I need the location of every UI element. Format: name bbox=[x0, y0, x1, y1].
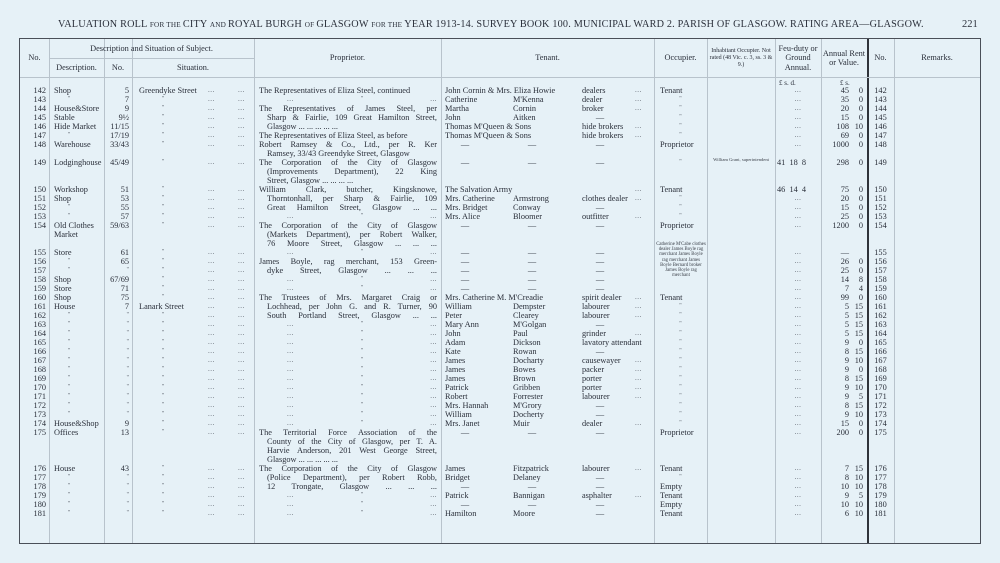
row-number: 154 bbox=[20, 221, 46, 230]
title-part: VALUATION ROLL bbox=[58, 19, 150, 30]
proprietor-line: ..."... bbox=[259, 491, 437, 500]
row-number: 167 bbox=[20, 356, 46, 365]
row-number: 148 bbox=[20, 140, 46, 149]
annual-shillings: 5 bbox=[850, 392, 863, 401]
proprietor-line: ..."... bbox=[259, 320, 437, 329]
leader-dots: ... bbox=[238, 464, 245, 473]
title-part: FOR THE bbox=[150, 21, 183, 29]
description: " bbox=[54, 383, 84, 392]
description: " bbox=[54, 374, 84, 383]
annual-shillings: 0 bbox=[850, 158, 863, 167]
proprietor-line: ..."... bbox=[259, 284, 437, 293]
street-number: " bbox=[104, 482, 129, 491]
row-number-right: 159 bbox=[867, 284, 894, 293]
annual-shillings: 15 bbox=[850, 329, 863, 338]
col-header-no: No. bbox=[20, 39, 49, 77]
situation: " bbox=[132, 248, 194, 257]
valuation-table: No. Description and Situation of Subject… bbox=[19, 38, 981, 544]
proprietor-line: ..."... bbox=[259, 419, 437, 428]
row-number-right: 172 bbox=[867, 401, 894, 410]
street-number: " bbox=[104, 509, 129, 518]
street-number: 13 bbox=[104, 428, 129, 437]
annual-pounds: 1200 bbox=[821, 221, 849, 230]
tenant-occupation: asphalter bbox=[582, 491, 672, 500]
tenant-surname: Bannigan bbox=[513, 491, 593, 500]
tenant-occupation: — bbox=[580, 500, 620, 509]
tenant-occupation: — bbox=[580, 410, 620, 419]
situation: " bbox=[132, 113, 194, 122]
leader-dots: ... bbox=[238, 122, 245, 131]
street-number: " bbox=[104, 329, 129, 338]
proprietor-line: (Markets Department), per Robert Walker, bbox=[259, 230, 437, 239]
street-number: " bbox=[104, 338, 129, 347]
situation: " bbox=[132, 266, 194, 275]
tenant-occupation: spirit dealer bbox=[582, 293, 672, 302]
street-number: 57 bbox=[104, 212, 129, 221]
table-row: Market bbox=[20, 230, 980, 239]
tenant-first-name: The Salvation Army bbox=[445, 185, 645, 194]
occupier: " bbox=[654, 158, 707, 167]
col-header-inhabitant-occupier: Inhabitant Occupier. Not rated (48 Vic. … bbox=[709, 39, 773, 77]
occupier: " bbox=[654, 392, 707, 401]
feu-duty: ... bbox=[785, 284, 811, 293]
leader-dots: ... bbox=[208, 140, 215, 149]
row-number-right: 157 bbox=[867, 266, 894, 275]
tenant-surname: Bowes bbox=[513, 365, 593, 374]
situation: " bbox=[132, 203, 194, 212]
description: " bbox=[54, 500, 84, 509]
situation: " bbox=[132, 491, 194, 500]
leader-dots: ... bbox=[208, 158, 215, 167]
situation: " bbox=[132, 365, 194, 374]
leader-dots: ... bbox=[208, 392, 215, 401]
row-number: 180 bbox=[20, 500, 46, 509]
table-row: 165"""......AdamDicksonlavatory attendan… bbox=[20, 338, 980, 347]
situation: " bbox=[132, 212, 194, 221]
situation: " bbox=[132, 500, 194, 509]
leader-dots: ... bbox=[635, 95, 642, 104]
feu-duty: ... bbox=[785, 293, 811, 302]
leader-dots: ... bbox=[208, 320, 215, 329]
occupier: " bbox=[654, 473, 707, 482]
tenant-surname: Cornin bbox=[513, 104, 593, 113]
description: " bbox=[54, 311, 84, 320]
tenant-first-name: — bbox=[445, 266, 485, 275]
table-row: 152"55"......Mrs. BridgetConway—"...1501… bbox=[20, 203, 980, 212]
description: " bbox=[54, 482, 84, 491]
leader-dots: ... bbox=[635, 194, 642, 203]
row-number-right: 156 bbox=[867, 257, 894, 266]
row-number-right: 176 bbox=[867, 464, 894, 473]
leader-dots: ... bbox=[208, 509, 215, 518]
row-number-right: 143 bbox=[867, 95, 894, 104]
leader-dots: ... bbox=[238, 356, 245, 365]
proprietor-line: Thorntonhall, per Sharp & Fairlie, 109 bbox=[259, 194, 437, 203]
leader-dots: ... bbox=[635, 419, 642, 428]
annual-shillings: 10 bbox=[850, 410, 863, 419]
title-part: CITY bbox=[183, 19, 210, 30]
occupier: " bbox=[654, 401, 707, 410]
annual-pounds: 108 bbox=[821, 122, 849, 131]
table-row: 160Shop75"......Mrs. Catherine M. M'Crea… bbox=[20, 293, 980, 302]
street-number: " bbox=[104, 311, 129, 320]
row-number-right: 145 bbox=[867, 113, 894, 122]
leader-dots: ... bbox=[238, 221, 245, 230]
tenant-first-name: — bbox=[445, 275, 485, 284]
description: " bbox=[54, 365, 84, 374]
occupier: " bbox=[654, 122, 707, 131]
tenant-surname: — bbox=[512, 275, 552, 284]
street-number: " bbox=[104, 410, 129, 419]
occupier: " bbox=[654, 419, 707, 428]
leader-dots: ... bbox=[238, 410, 245, 419]
occupier: Proprietor bbox=[660, 428, 710, 437]
annual-pounds: 298 bbox=[821, 158, 849, 167]
situation: " bbox=[132, 464, 194, 473]
annual-pounds: 9 bbox=[821, 410, 849, 419]
tenant-first-name: — bbox=[445, 221, 485, 230]
street-number: 53 bbox=[104, 194, 129, 203]
leader-dots: ... bbox=[635, 302, 642, 311]
page-title: VALUATION ROLL FOR THE CITY AND ROYAL BU… bbox=[58, 19, 980, 30]
row-number-right: 166 bbox=[867, 347, 894, 356]
row-number-right: 146 bbox=[867, 122, 894, 131]
row-number-right: 154 bbox=[867, 221, 894, 230]
feu-duty: ... bbox=[785, 347, 811, 356]
proprietor-line: 12 Trongate, Glasgow ... ... ... bbox=[259, 482, 437, 491]
annual-pounds: 14 bbox=[821, 275, 849, 284]
leader-dots: ... bbox=[208, 86, 215, 95]
leader-dots: ... bbox=[238, 500, 245, 509]
row-number: 162 bbox=[20, 311, 46, 320]
occupier: Tenant bbox=[660, 185, 710, 194]
col-header-number: No. bbox=[104, 58, 132, 77]
table-row: 181"""......HamiltonMoore—Tenant...61018… bbox=[20, 509, 980, 518]
annual-shillings: 10 bbox=[850, 509, 863, 518]
description: " bbox=[54, 491, 84, 500]
leader-dots: ... bbox=[238, 302, 245, 311]
leader-dots: ... bbox=[635, 491, 642, 500]
annual-shillings: 0 bbox=[850, 212, 863, 221]
leader-dots: ... bbox=[238, 203, 245, 212]
row-number: 161 bbox=[20, 302, 46, 311]
feu-duty: ... bbox=[785, 419, 811, 428]
row-number-right: 158 bbox=[867, 275, 894, 284]
proprietor-line: ..."... bbox=[259, 275, 437, 284]
proprietor-line: dyke Street, Glasgow ... ... ... bbox=[259, 266, 437, 275]
street-number: 55 bbox=[104, 203, 129, 212]
tenant-surname: Docharty bbox=[513, 356, 593, 365]
row-number: 159 bbox=[20, 284, 46, 293]
tenant-surname: Fitzpatrick bbox=[513, 464, 593, 473]
row-number: 163 bbox=[20, 320, 46, 329]
annual-pounds: 6 bbox=[821, 509, 849, 518]
annual-pounds: 8 bbox=[821, 347, 849, 356]
row-number-right: 173 bbox=[867, 410, 894, 419]
street-number: 65 bbox=[104, 257, 129, 266]
annual-pounds: 5 bbox=[821, 320, 849, 329]
tenant-occupation: — bbox=[580, 266, 620, 275]
proprietor-line: The Representatives of James Steel, per bbox=[259, 104, 437, 113]
col-header-feu-duty: Feu-duty or Ground Annual. bbox=[775, 39, 821, 77]
street-number: 61 bbox=[104, 248, 129, 257]
table-row: 178"""......———Empty...1010178 bbox=[20, 482, 980, 491]
row-number: 155 bbox=[20, 248, 46, 257]
leader-dots: ... bbox=[208, 302, 215, 311]
table-row: 149Lodginghouse45/49"......———"William G… bbox=[20, 158, 980, 167]
feu-duty: ... bbox=[785, 482, 811, 491]
annual-pounds: 9 bbox=[821, 392, 849, 401]
occupier: " bbox=[654, 374, 707, 383]
annual-pounds: 35 bbox=[821, 95, 849, 104]
row-number-right: 169 bbox=[867, 374, 894, 383]
annual-shillings: 0 bbox=[850, 104, 863, 113]
row-number: 147 bbox=[20, 131, 46, 140]
leader-dots: ... bbox=[238, 473, 245, 482]
situation: " bbox=[132, 284, 194, 293]
row-number-right: 144 bbox=[867, 104, 894, 113]
tenant-occupation: — bbox=[580, 140, 620, 149]
situation: " bbox=[132, 419, 194, 428]
tenant-surname: — bbox=[512, 257, 552, 266]
proprietor-line: ..."... bbox=[259, 365, 437, 374]
street-number: " bbox=[104, 473, 129, 482]
tenant-occupation: — bbox=[580, 221, 620, 230]
proprietor-line: 76 Moore Street, Glasgow ... ... ... bbox=[259, 239, 437, 248]
proprietor-line: Street, Glasgow ... ... ... ... bbox=[259, 176, 437, 185]
leader-dots: ... bbox=[635, 464, 642, 473]
street-number: " bbox=[104, 320, 129, 329]
situation: " bbox=[132, 104, 194, 113]
table-row: 174House&Shop9"......Mrs. JanetMuirdeale… bbox=[20, 419, 980, 428]
leader-dots: ... bbox=[238, 419, 245, 428]
feu-duty: ... bbox=[785, 95, 811, 104]
occupier: " bbox=[654, 95, 707, 104]
street-number: 67/69 bbox=[104, 275, 129, 284]
row-number: 149 bbox=[20, 158, 46, 167]
street-number: 75 bbox=[104, 293, 129, 302]
annual-pounds: 9 bbox=[821, 491, 849, 500]
row-number-right: 179 bbox=[867, 491, 894, 500]
proprietor-line: ..."... bbox=[259, 347, 437, 356]
row-number: 174 bbox=[20, 419, 46, 428]
occupier: Empty bbox=[660, 500, 710, 509]
tenant-occupation: dealers bbox=[582, 86, 672, 95]
leader-dots: ... bbox=[238, 374, 245, 383]
feu-duty: ... bbox=[785, 311, 811, 320]
leader-dots: ... bbox=[208, 275, 215, 284]
leader-dots: ... bbox=[238, 212, 245, 221]
col-header-annual-rent: Annual Rent or Value. bbox=[821, 39, 867, 77]
leader-dots: ... bbox=[238, 284, 245, 293]
tenant-surname: Bloomer bbox=[513, 212, 593, 221]
situation: " bbox=[132, 122, 194, 131]
leader-dots: ... bbox=[635, 293, 642, 302]
proprietor-line: Ramsey, 33/43 Greendyke Street, Glasgow bbox=[259, 149, 437, 158]
occupier: Tenant bbox=[660, 86, 710, 95]
situation: " bbox=[132, 257, 194, 266]
leader-dots: ... bbox=[238, 95, 245, 104]
table-row: 161House7Lanark Street......WilliamDemps… bbox=[20, 302, 980, 311]
leader-dots: ... bbox=[635, 383, 642, 392]
occupier: Proprietor bbox=[660, 140, 710, 149]
tenant-surname: — bbox=[512, 500, 552, 509]
leader-dots: ... bbox=[238, 185, 245, 194]
situation: " bbox=[132, 356, 194, 365]
feu-duty: ... bbox=[785, 266, 811, 275]
feu-duty: ... bbox=[785, 113, 811, 122]
leader-dots: ... bbox=[238, 401, 245, 410]
situation: " bbox=[132, 509, 194, 518]
annual-pounds: 8 bbox=[821, 374, 849, 383]
leader-dots: ... bbox=[208, 203, 215, 212]
street-number: 43 bbox=[104, 464, 129, 473]
tenant-surname: — bbox=[512, 158, 552, 167]
situation: " bbox=[132, 275, 194, 284]
situation: " bbox=[132, 338, 194, 347]
feu-duty: ... bbox=[785, 509, 811, 518]
description: " bbox=[54, 95, 84, 104]
annual-pounds: 75 bbox=[821, 185, 849, 194]
col-header-tenant: Tenant. bbox=[441, 39, 654, 77]
leader-dots: ... bbox=[208, 122, 215, 131]
annual-pounds: 69 bbox=[821, 131, 849, 140]
table-row: 154Old Clothes59/63"......———Proprietor.… bbox=[20, 221, 980, 230]
annual-pounds: 15 bbox=[821, 113, 849, 122]
occupier: " bbox=[654, 365, 707, 374]
leader-dots: ... bbox=[208, 428, 215, 437]
row-number: 156 bbox=[20, 257, 46, 266]
feu-duty: ... bbox=[785, 131, 811, 140]
feu-duty: ... bbox=[785, 257, 811, 266]
leader-dots: ... bbox=[238, 365, 245, 374]
street-number: 11/15 bbox=[104, 122, 129, 131]
row-number-right: 153 bbox=[867, 212, 894, 221]
street-number: 71 bbox=[104, 284, 129, 293]
leader-dots: ... bbox=[238, 293, 245, 302]
occupier: Tenant bbox=[660, 509, 710, 518]
street-number: " bbox=[104, 491, 129, 500]
street-number: 17/19 bbox=[104, 131, 129, 140]
tenant-surname: Clearey bbox=[513, 311, 593, 320]
situation: " bbox=[132, 293, 194, 302]
leader-dots: ... bbox=[208, 221, 215, 230]
occupier: " bbox=[654, 113, 707, 122]
annual-pounds: 15 bbox=[821, 203, 849, 212]
col-header-no-right: No. bbox=[867, 39, 894, 77]
table-row: 169"""......JamesBrownporter..."...81516… bbox=[20, 374, 980, 383]
row-number-right: 161 bbox=[867, 302, 894, 311]
occupier: " bbox=[654, 383, 707, 392]
leader-dots: ... bbox=[635, 212, 642, 221]
col-header-description-group: Description and Situation of Subject. bbox=[49, 39, 254, 58]
leader-dots: ... bbox=[208, 293, 215, 302]
occupier: " bbox=[654, 104, 707, 113]
row-number-right: 152 bbox=[867, 203, 894, 212]
tenant-surname: Paul bbox=[513, 329, 593, 338]
street-number: " bbox=[104, 383, 129, 392]
leader-dots: ... bbox=[635, 356, 642, 365]
proprietor-line: The Territorial Force Association of the bbox=[259, 428, 437, 437]
feu-duty: ... bbox=[785, 275, 811, 284]
row-number-right: 151 bbox=[867, 194, 894, 203]
tenant-surname: Gribben bbox=[513, 383, 593, 392]
annual-shillings: 10 bbox=[850, 356, 863, 365]
occupier: " bbox=[654, 338, 707, 347]
leader-dots: ... bbox=[635, 329, 642, 338]
leader-dots: ... bbox=[635, 86, 642, 95]
leader-dots: ... bbox=[208, 347, 215, 356]
leader-dots: ... bbox=[208, 266, 215, 275]
description: " bbox=[54, 131, 84, 140]
row-number-right: 168 bbox=[867, 365, 894, 374]
tenant-first-name: — bbox=[445, 248, 485, 257]
leader-dots: ... bbox=[238, 140, 245, 149]
annual-shillings: 5 bbox=[850, 491, 863, 500]
tenant-occupation: — bbox=[580, 509, 620, 518]
row-number-right: 170 bbox=[867, 383, 894, 392]
annual-shillings: 0 bbox=[850, 194, 863, 203]
street-number: 5 bbox=[104, 86, 129, 95]
leader-dots: ... bbox=[238, 113, 245, 122]
row-number: 164 bbox=[20, 329, 46, 338]
proprietor-line: South Portland Street, Glasgow ... ... bbox=[259, 311, 437, 320]
row-number: 158 bbox=[20, 275, 46, 284]
tenant-surname: Dempster bbox=[513, 302, 593, 311]
street-number: 9½ bbox=[104, 113, 129, 122]
feu-duty: ... bbox=[785, 140, 811, 149]
street-number: " bbox=[104, 392, 129, 401]
annual-shillings: 15 bbox=[850, 401, 863, 410]
description: " bbox=[54, 473, 84, 482]
row-number: 177 bbox=[20, 473, 46, 482]
feu-duty: ... bbox=[785, 500, 811, 509]
table-row: 153"57"......Mrs. AliceBloomeroutfitter.… bbox=[20, 212, 980, 221]
street-number: " bbox=[104, 374, 129, 383]
table-row: 142Shop5Greendyke Street......John Corni… bbox=[20, 86, 980, 95]
situation: Lanark Street bbox=[139, 302, 219, 311]
occupier: " bbox=[654, 311, 707, 320]
col-header-occupier: Occupier. bbox=[654, 39, 707, 77]
table-row: 163"""......Mary AnnM'Golgan—"...515163 bbox=[20, 320, 980, 329]
tenant-surname: Dickson bbox=[513, 338, 593, 347]
occupier: " bbox=[654, 302, 707, 311]
description: " bbox=[54, 266, 84, 275]
occupier: " bbox=[654, 131, 707, 140]
proprietor-line: ..."... bbox=[259, 500, 437, 509]
leader-dots: ... bbox=[238, 320, 245, 329]
table-row: 144House&Store9"......MarthaCorninbroker… bbox=[20, 104, 980, 113]
feu-duty: ... bbox=[785, 356, 811, 365]
row-number: 150 bbox=[20, 185, 46, 194]
row-number: 178 bbox=[20, 482, 46, 491]
leader-dots: ... bbox=[208, 329, 215, 338]
row-number-right: 160 bbox=[867, 293, 894, 302]
proprietor-line: ..."... bbox=[259, 509, 437, 518]
tenant-first-name: — bbox=[445, 284, 485, 293]
proprietor-line: Glasgow ... ... ... ... ... bbox=[259, 122, 437, 131]
row-number: 169 bbox=[20, 374, 46, 383]
tenant-surname: — bbox=[512, 428, 552, 437]
description: " bbox=[54, 509, 84, 518]
table-row: 171"""......RobertForresterlabourer...".… bbox=[20, 392, 980, 401]
proprietor-line: (Police Department), per Robert Robb, bbox=[259, 473, 437, 482]
annual-shillings: 0 bbox=[850, 338, 863, 347]
leader-dots: ... bbox=[208, 464, 215, 473]
tenant-occupation: — bbox=[580, 203, 620, 212]
feu-duty: ... bbox=[785, 491, 811, 500]
row-number: 160 bbox=[20, 293, 46, 302]
